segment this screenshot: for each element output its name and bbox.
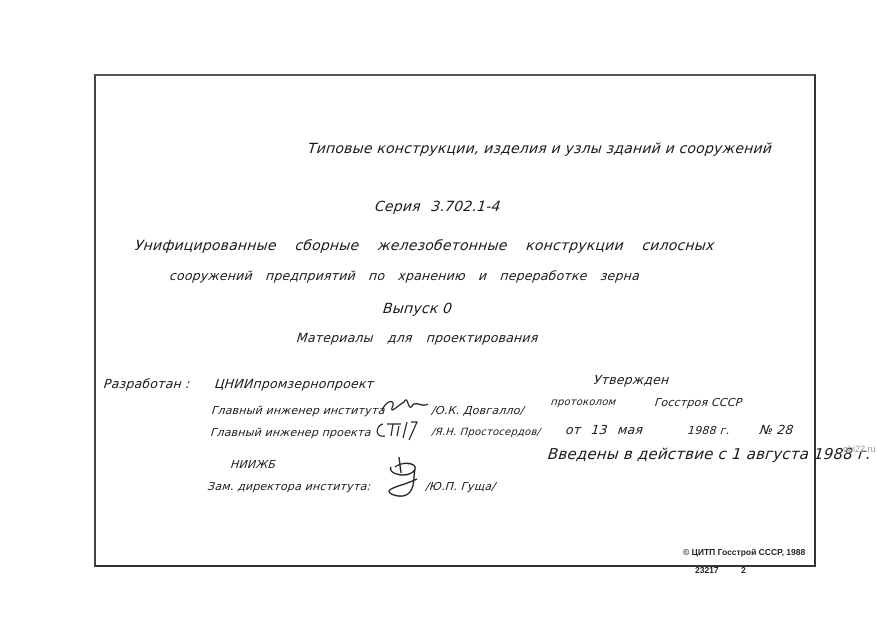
copyright: © ЦИТП Госстрой СССР, 1988 (683, 547, 805, 557)
signature-2 (373, 418, 433, 442)
signature-3 (385, 455, 425, 501)
signature-1 (378, 392, 430, 418)
deputy-role: Зам. директора института: (207, 480, 372, 493)
title-line-2: сооружений предприятий по хранению и пер… (169, 268, 640, 283)
signer-role-2: Главный инженер проекта (210, 426, 372, 439)
signer-role-1: Главный инженер института (211, 404, 386, 417)
developer-org-2: НИИЖБ (230, 458, 276, 471)
issue-number: Выпуск 0 (382, 301, 453, 317)
deputy-name: /Ю.П. Гуща/ (425, 480, 496, 493)
series-number: Серия 3.702.1-4 (374, 199, 501, 215)
approved-protocol: протоколом (550, 397, 616, 408)
title-line-1: Унифицированные сборные железобетонные к… (134, 238, 715, 254)
document-subtitle: Материалы для проектирования (296, 330, 539, 345)
signer-name-2: /Я.Н. Простосердов/ (431, 427, 541, 438)
effective-date: Введены в действие с 1 августа 1988 г. (547, 445, 872, 463)
developer-org: ЦНИИпромзернопроект (214, 376, 375, 391)
approved-label: Утвержден (593, 372, 670, 387)
page-number: 2 (741, 565, 746, 575)
approved-date: от 13 мая (565, 422, 644, 437)
document-heading: Типовые конструкции, изделия и узлы здан… (307, 141, 773, 157)
approved-org: Госстроя СССР (654, 396, 743, 409)
watermark: gbi22.ru (843, 444, 876, 454)
approved-number: № 28 (759, 422, 794, 437)
order-number: 23217 (695, 565, 719, 575)
approved-year: 1988 г. (687, 424, 731, 437)
signer-name-1: /О.К. Довгалло/ (431, 404, 525, 417)
developed-label: Разработан : (103, 376, 191, 391)
